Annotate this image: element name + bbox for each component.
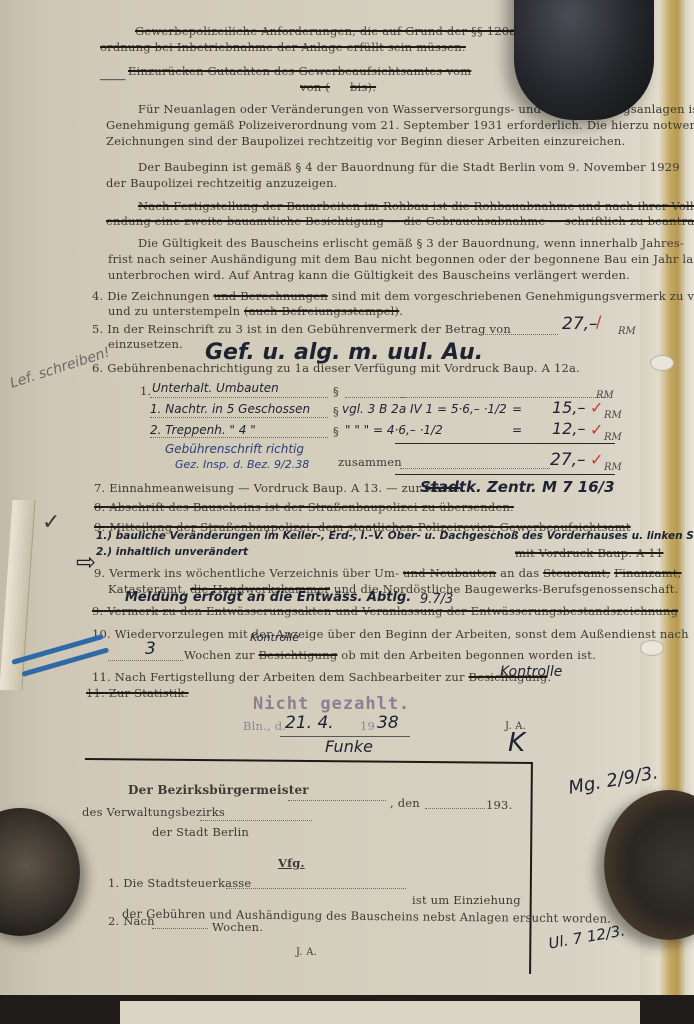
item-9-hand-2: 2.) inhaltlich unverändert bbox=[96, 546, 248, 558]
fee-row-3-calc: " " " = 4·6,– ·1/2 bbox=[345, 423, 443, 437]
fee-row-1-num: 1. bbox=[140, 384, 151, 398]
stamp-not-paid: Nicht gezahlt. bbox=[253, 694, 410, 714]
dotted-line bbox=[288, 800, 386, 801]
lower-sheet bbox=[120, 1001, 640, 1024]
fee-row-2-para: § bbox=[333, 404, 339, 418]
paperweight-top bbox=[514, 0, 654, 120]
red-check-icon: ✓ bbox=[590, 420, 603, 439]
item-9-end-struck: mit Vordruck Baup. A 11 bbox=[515, 546, 663, 560]
item-9c-hand-date: 9.7/3 bbox=[420, 592, 453, 607]
item-9c-hand: Meldung erfolgt an die Entwäss. Abtlg. bbox=[125, 590, 411, 605]
blue-note-1: Gebührenschrift richtig bbox=[165, 442, 304, 456]
fee-row-2-amount: 15,– bbox=[552, 398, 585, 417]
item-7-handwriting: Stadtk. Zentr. M 7 16/3 bbox=[420, 478, 615, 496]
water-para-line3: Zeichnungen sind der Baupolizei rechtzei… bbox=[106, 134, 625, 148]
total-label: zusammen bbox=[338, 455, 402, 469]
form-year: 193. bbox=[486, 798, 512, 812]
total-rule bbox=[395, 474, 615, 475]
form-ia: J. A. bbox=[296, 946, 317, 960]
struck-header-line3: Einzurücken Gutachten des Gewerbeaufsich… bbox=[128, 64, 471, 78]
item-5-cont: einzusetzen. bbox=[108, 337, 183, 351]
form-title: Der Bezirksbürgermeister bbox=[128, 783, 309, 797]
fee-row-1-para: § bbox=[333, 384, 339, 398]
total-currency: RM bbox=[604, 462, 622, 473]
dash-mark: ⸺ bbox=[98, 66, 125, 89]
fee-row-3-amount: 12,– bbox=[552, 419, 585, 438]
validity-line1: Die Gültigkeit des Bauscheins erlischt g… bbox=[138, 236, 684, 250]
punch-hole bbox=[640, 640, 664, 656]
dotted-line bbox=[108, 660, 183, 661]
form-line2: des Verwaltungsbezirks bbox=[82, 805, 225, 819]
water-para-line2: Genehmigung gemäß Polizeiverordnung vom … bbox=[106, 118, 694, 132]
form-p2b: Wochen. bbox=[212, 920, 263, 934]
stamp-signature: Funke bbox=[325, 737, 373, 756]
dotted-line bbox=[345, 397, 405, 398]
form-heading: Vfg. bbox=[278, 856, 305, 870]
validity-line2: frist nach seiner Aushändigung mit dem B… bbox=[108, 252, 694, 266]
stamp-date: 21. 4. bbox=[285, 713, 334, 733]
blue-note-2: Gez. Insp. d. Bez. 9/2.38 bbox=[175, 458, 309, 471]
struck-inspection-line2: endung eine zweite bauamtliche Besichtig… bbox=[106, 214, 694, 228]
start-para-line1: Der Baubeginn ist gemäß § 4 der Bauordnu… bbox=[138, 160, 680, 174]
table-edge bbox=[0, 995, 694, 1024]
dotted-line bbox=[226, 888, 406, 889]
struck-header-line2: ordnung bei Inbetriebnahme der Anlage er… bbox=[100, 40, 466, 54]
item-6-handwriting: Gef. u. alg. m. uul. Au. bbox=[205, 340, 483, 365]
fee-row-3-desc: 2. Treppenh. " 4 " bbox=[150, 423, 256, 437]
form-p1b: ist um Einziehung bbox=[412, 893, 521, 907]
fee-row-2-currency: RM bbox=[604, 410, 622, 421]
item-11: 11. Nach Fertigstellung der Arbeiten dem… bbox=[92, 670, 551, 684]
dotted-line bbox=[200, 820, 312, 821]
item-10: 10. Wiedervorzulegen mit der Anzeige übe… bbox=[92, 627, 689, 641]
item-5-amount: 27,– bbox=[562, 314, 598, 334]
item-7: 7. Einnahmeanweisung — Vordruck Baup. A … bbox=[94, 481, 460, 495]
item-9-hand-1: 1.) bauliche Veränderungen im Keller-, E… bbox=[96, 530, 694, 542]
dotted-line bbox=[150, 437, 328, 438]
check-mark-icon: ✓ bbox=[42, 510, 60, 535]
item-8: 8. Abschrift des Bauscheins ist der Stra… bbox=[94, 500, 514, 514]
fee-row-2-eq: = bbox=[512, 402, 522, 416]
fee-row-2-desc: 1. Nachtr. in 5 Geschossen bbox=[150, 402, 310, 416]
struck-header-line4b: bis). bbox=[350, 80, 376, 94]
item-10-hand-above: Kontrolle bbox=[250, 631, 299, 644]
document-photo: Gewerbepolizeiliche Anforderungen, die a… bbox=[0, 0, 694, 1024]
stamp-year-prefix: 19 bbox=[360, 719, 375, 733]
ia-initial: K bbox=[508, 728, 525, 758]
fee-row-2-calc: vgl. 3 B 2a IV 1 = 5·6,– ·1/2 bbox=[342, 402, 507, 416]
item-4: 4. Die Zeichnungen und Berechnungen sind… bbox=[92, 289, 694, 303]
red-check-icon: ✓ bbox=[590, 398, 603, 417]
struck-inspection-line1: Nach Fertigstellung der Bauarbeiten im R… bbox=[138, 199, 694, 213]
red-check-icon: / bbox=[596, 312, 601, 331]
item-5: 5. In der Reinschrift zu 3 ist in den Ge… bbox=[92, 322, 511, 336]
item-11-hand: Kontrolle bbox=[500, 664, 562, 680]
start-para-line2: der Baupolizei rechtzeitig anzuzeigen. bbox=[106, 176, 338, 190]
form-p2a: 2. Nach bbox=[108, 914, 155, 928]
stamp-place: Bln., d. bbox=[243, 719, 286, 733]
weeks-value: 3 bbox=[145, 639, 156, 659]
item-10-cont: Wochen zur Besichtigung ob mit den Arbei… bbox=[184, 648, 596, 662]
dotted-line bbox=[152, 928, 208, 929]
dotted-line bbox=[425, 808, 485, 809]
item-5-currency: RM bbox=[618, 326, 636, 337]
stamp-year: 38 bbox=[377, 713, 399, 733]
dotted-line bbox=[150, 397, 328, 398]
red-check-icon: ✓ bbox=[590, 450, 603, 469]
item-9c: 9. Vermerk zu den Entwässerungsakten und… bbox=[92, 604, 678, 618]
validity-line3: unterbrochen wird. Auf Antrag kann die G… bbox=[108, 268, 630, 282]
fee-row-1-desc: Unterhalt. Umbauten bbox=[152, 381, 279, 395]
punch-hole bbox=[650, 355, 674, 371]
struck-header-line4a: von ( bbox=[300, 80, 330, 94]
dotted-line bbox=[150, 417, 328, 418]
item-4-cont: und zu unterstempeln (auch Befreiungsste… bbox=[108, 304, 403, 318]
dotted-line bbox=[400, 468, 550, 469]
amount-dotted-line bbox=[478, 334, 558, 335]
item-11b: 11. Zur Statistik. bbox=[86, 686, 189, 700]
total-amount: 27,– bbox=[550, 450, 586, 470]
struck-header-line1: Gewerbepolizeiliche Anforderungen, die a… bbox=[135, 24, 549, 38]
form-line3: der Stadt Berlin bbox=[152, 825, 249, 839]
item-9b: 9. Vermerk ins wöchentliche Verzeichnis … bbox=[94, 566, 682, 580]
form-date-sep: , den bbox=[390, 796, 420, 810]
fee-row-3-currency: RM bbox=[604, 432, 622, 443]
fee-row-3-eq: = bbox=[512, 423, 522, 437]
sum-rule bbox=[395, 443, 615, 444]
fee-row-3-para: § bbox=[333, 424, 339, 438]
